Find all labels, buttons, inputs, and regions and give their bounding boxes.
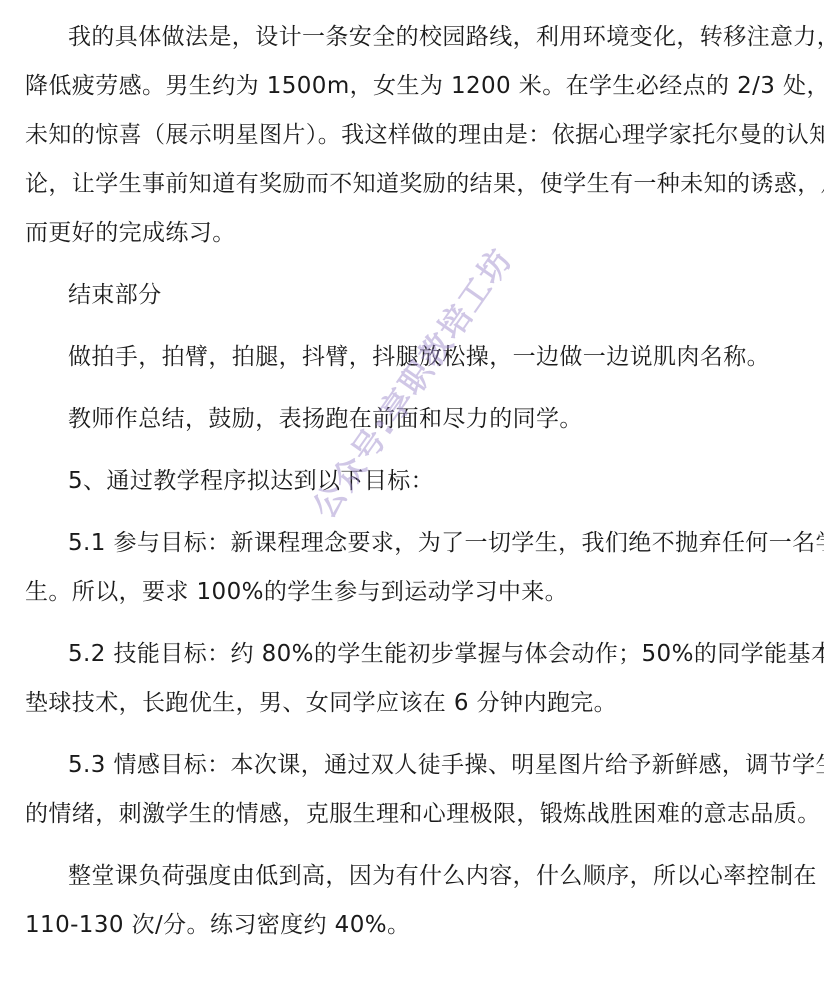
paragraph-line: 做拍手，拍臂，拍腿，抖臂，抖腿放松操，一边做一边说肌肉名称。 <box>68 342 770 372</box>
section-heading: 结束部分 <box>68 280 162 310</box>
paragraph-line: 110-130 次/分。练习密度约 40%。 <box>25 910 410 940</box>
paragraph-line: 降低疲劳感。男生约为 1500m，女生为 1200 米。在学生必经点的 2/3 … <box>25 71 824 101</box>
paragraph-line: 未知的惊喜（展示明星图片）。我这样做的理由是：依据心理学家托尔曼的认知 <box>25 120 824 150</box>
paragraph-line: 的情绪，刺激学生的情感，克服生理和心理极限，锻炼战胜困难的意志品质。 <box>25 799 821 829</box>
paragraph-line: 整堂课负荷强度由低到高，因为有什么内容，什么顺序，所以心率控制在 <box>68 861 817 891</box>
paragraph-line: 垫球技术，长跑优生，男、女同学应该在 6 分钟内跑完。 <box>25 688 617 718</box>
paragraph-line: 教师作总结，鼓励，表扬跑在前面和尽力的同学。 <box>68 404 583 434</box>
paragraph-line: 5.3 情感目标：本次课，通过双人徒手操、明星图片给予新鲜感，调节学生 <box>68 750 824 780</box>
paragraph-line: 5.2 技能目标：约 80%的学生能初步掌握与体会动作；50%的同学能基本掌握 <box>68 639 824 669</box>
paragraph-line: 生。所以，要求 100%的学生参与到运动学习中来。 <box>25 577 568 607</box>
paragraph-line: 而更好的完成练习。 <box>25 218 236 248</box>
paragraph-line: 5.1 参与目标：新课程理念要求，为了一切学生，我们绝不抛弃任何一名学 <box>68 528 824 558</box>
paragraph-line: 论，让学生事前知道有奖励而不知道奖励的结果，使学生有一种未知的诱惑，从 <box>25 169 824 199</box>
paragraph-line: 我的具体做法是，设计一条安全的校园路线，利用环境变化，转移注意力， <box>68 22 824 52</box>
list-heading: 5、通过教学程序拟达到以下目标： <box>68 466 434 496</box>
